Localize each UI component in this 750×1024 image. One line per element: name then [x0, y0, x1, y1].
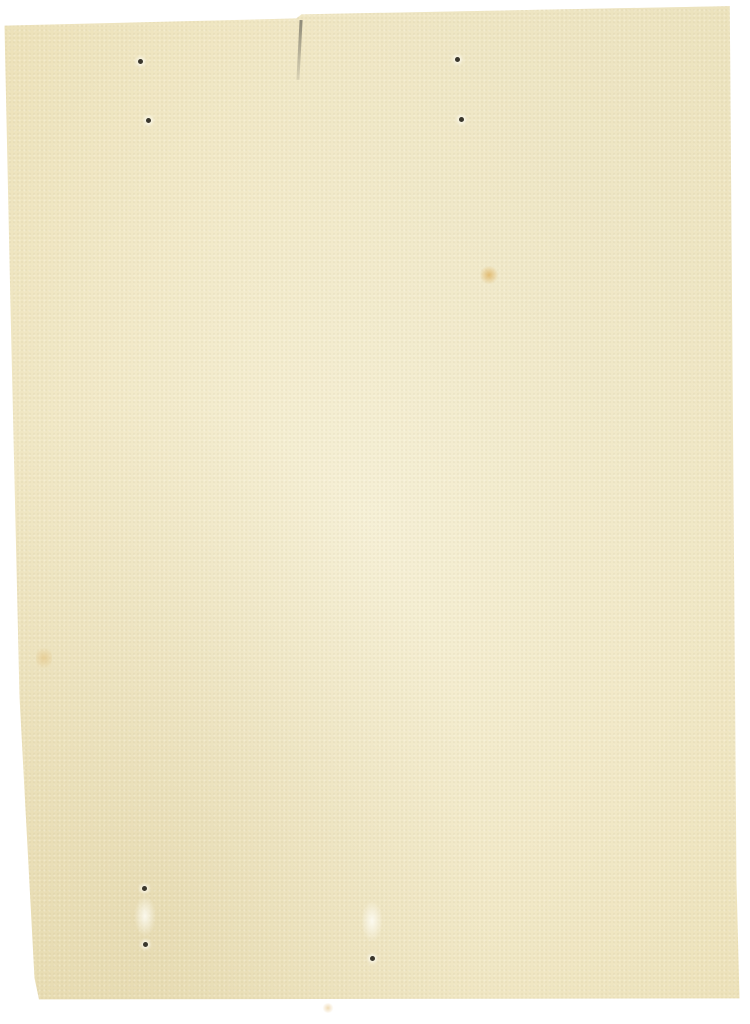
pin-hole — [138, 59, 143, 64]
pin-hole — [459, 117, 464, 122]
paper-sheet — [0, 0, 750, 1024]
paper-dent — [361, 900, 383, 942]
paper-surface — [0, 0, 750, 1024]
stain — [480, 265, 498, 285]
pin-hole — [142, 886, 147, 891]
paper-grain-texture — [0, 0, 750, 1024]
stain — [322, 1003, 334, 1013]
pin-hole — [455, 57, 460, 62]
pin-hole — [370, 956, 375, 961]
pin-hole — [143, 942, 148, 947]
pin-hole — [146, 118, 151, 123]
paper-dent — [134, 895, 156, 937]
stain — [36, 645, 52, 671]
